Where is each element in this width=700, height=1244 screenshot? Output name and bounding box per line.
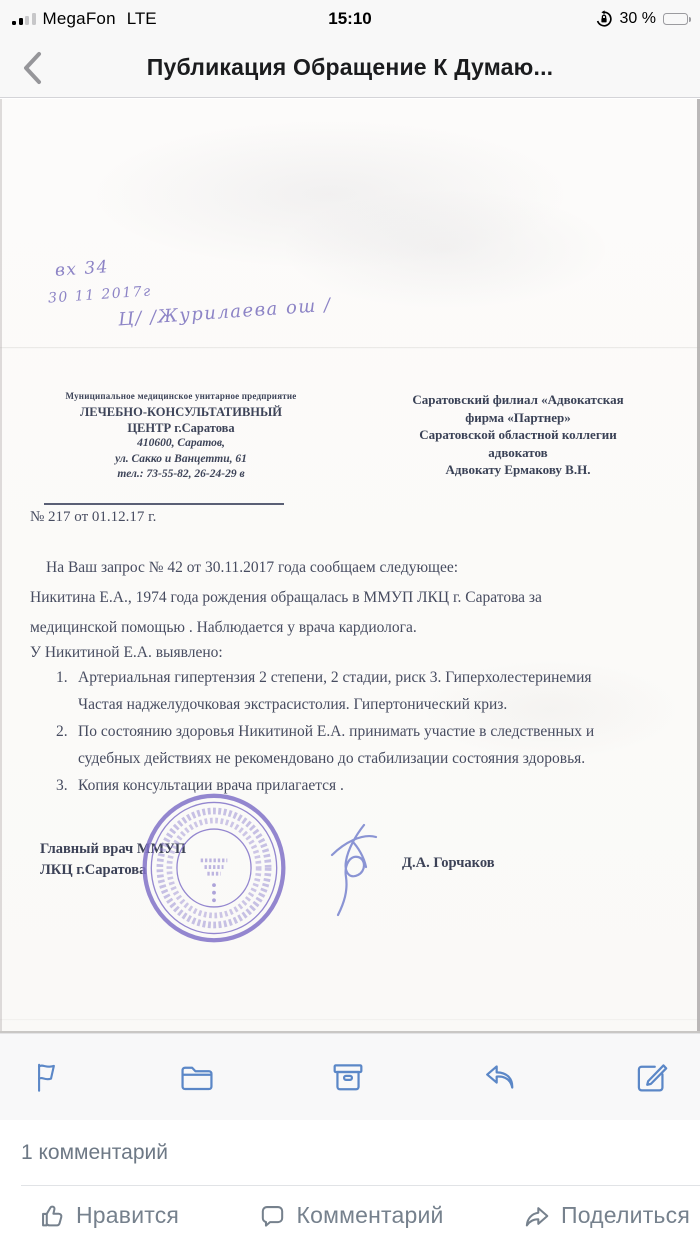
- share-arrow-icon: [523, 1202, 550, 1229]
- handwritten-incoming-number: вх 34: [54, 257, 109, 281]
- archive-button[interactable]: [328, 1057, 368, 1097]
- list-item-text: судебных действиях не рекомендовано до с…: [78, 750, 585, 768]
- reply-icon: [479, 1057, 521, 1097]
- battery-icon: [663, 13, 688, 26]
- flag-icon: [28, 1057, 66, 1097]
- mail-toolbar: [0, 1033, 700, 1120]
- letterhead-sender-block: Муниципальное медицинское унитарное пред…: [26, 391, 336, 483]
- letterhead: Муниципальное медицинское унитарное пред…: [0, 391, 700, 483]
- like-button[interactable]: Нравится: [38, 1202, 179, 1229]
- carrier-label: MegaFon: [43, 9, 116, 29]
- folder-icon: [177, 1057, 217, 1097]
- archive-icon: [328, 1057, 368, 1097]
- back-button[interactable]: [14, 50, 50, 86]
- nav-bar: Публикация Обращение К Думаю...: [0, 38, 700, 98]
- share-button[interactable]: Поделиться: [523, 1202, 690, 1229]
- letterhead-divider: [44, 503, 284, 505]
- reply-button[interactable]: [479, 1057, 521, 1097]
- paper-fold-crease: [0, 347, 700, 349]
- chevron-left-icon: [21, 51, 43, 85]
- flag-button[interactable]: [28, 1057, 66, 1097]
- thumbs-up-icon: [38, 1202, 65, 1229]
- post-action-bar: Нравится Комментарий Поделиться: [0, 1187, 700, 1244]
- handwritten-date: 30 11 2017г: [48, 283, 153, 306]
- official-round-stamp: [138, 789, 290, 947]
- handwritten-signature-note: Ц/ /Журилаева ош /: [118, 295, 333, 331]
- network-type-label: LTE: [127, 9, 157, 29]
- list-item-text: Частая наджелудочковая экстрасистолия. Г…: [78, 696, 507, 714]
- status-bar: MegaFon LTE 15:10 30 %: [0, 0, 700, 38]
- body-intro: На Ваш запрос № 42 от 30.11.2017 года со…: [46, 559, 458, 577]
- ref-number: № 217 от 01.12.17 г.: [30, 509, 156, 526]
- compose-icon: [632, 1057, 672, 1097]
- letterhead-addressee-block: Саратовский филиал «Адвокатская фирма «П…: [362, 391, 674, 483]
- signer-name: Д.А. Горчаков: [402, 855, 495, 872]
- list-item-text: Артериальная гипертензия 2 степени, 2 ст…: [78, 669, 592, 687]
- document-photo[interactable]: вх 34 30 11 2017г Ц/ /Журилаева ош / Мун…: [0, 99, 700, 1033]
- rotation-lock-icon: [595, 10, 613, 28]
- body-line: медицинской помощью . Наблюдается у врач…: [30, 619, 417, 637]
- battery-percent-label: 30 %: [620, 10, 656, 28]
- signer-title-line2: ЛКЦ г.Саратова: [40, 862, 146, 879]
- body-line: Никитина Е.А., 1974 года рождения обраща…: [30, 589, 542, 607]
- comment-summary-row[interactable]: 1 комментарий: [0, 1120, 700, 1186]
- list-item-number: 2.: [56, 723, 68, 741]
- phone-screen: MegaFon LTE 15:10 30 % Публикация Обраще…: [0, 0, 700, 1244]
- handwritten-signature: [318, 821, 398, 921]
- signal-strength-icon: [12, 13, 36, 25]
- folder-button[interactable]: [177, 1057, 217, 1097]
- compose-button[interactable]: [632, 1057, 672, 1097]
- comment-count-label[interactable]: 1 комментарий: [21, 1141, 168, 1165]
- page-title: Публикация Обращение К Думаю...: [147, 54, 554, 81]
- list-item-number: 1.: [56, 669, 68, 687]
- body-line: У Никитиной Е.А. выявлено:: [30, 644, 223, 662]
- comment-bubble-icon: [259, 1202, 286, 1229]
- list-item-number: 3.: [56, 777, 68, 795]
- list-item-text: По состоянию здоровья Никитиной Е.А. при…: [78, 723, 594, 741]
- comment-button[interactable]: Комментарий: [259, 1202, 444, 1229]
